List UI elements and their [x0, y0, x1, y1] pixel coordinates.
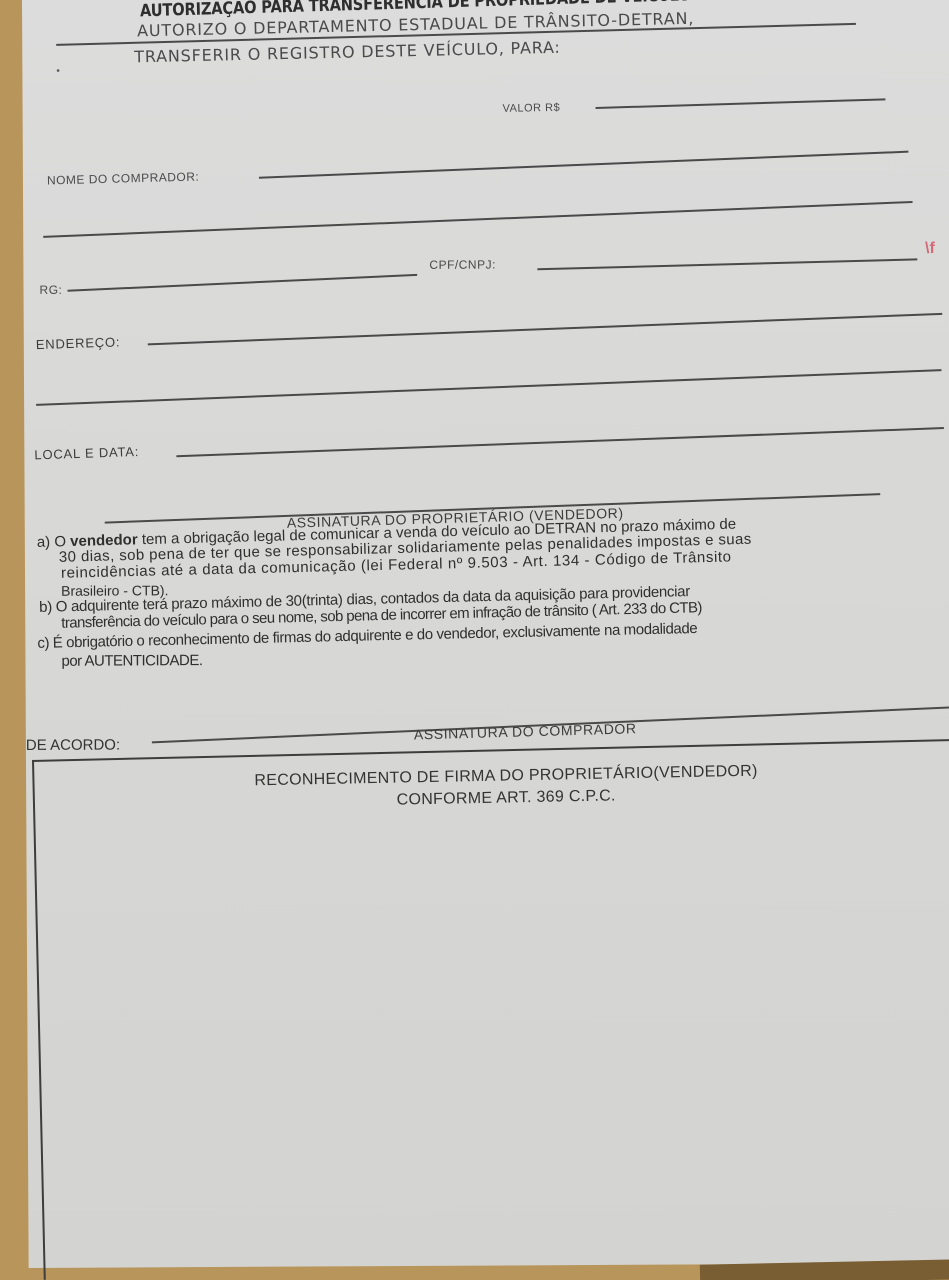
endereco-label: ENDEREÇO:: [36, 334, 121, 352]
notary-recognition-box: [32, 738, 949, 1280]
nome-comprador-input-line-2[interactable]: [43, 201, 912, 238]
rg-input-line[interactable]: [67, 274, 417, 292]
endereco-input-line[interactable]: [148, 313, 942, 346]
endereco-input-line-2[interactable]: [36, 369, 941, 406]
valor-label: VALOR R$: [502, 102, 560, 115]
nome-comprador-label: NOME DO COMPRADOR:: [47, 169, 200, 187]
local-data-label: LOCAL E DATA:: [34, 444, 139, 462]
local-data-input-line[interactable]: [176, 427, 944, 457]
rg-label: RG:: [39, 283, 62, 297]
buyer-signature-label: ASSINATURA DO COMPRADOR: [414, 720, 637, 742]
cpf-cnpj-input-line[interactable]: [537, 258, 917, 270]
valor-input-line[interactable]: [596, 98, 886, 108]
clause-c-line-2: por AUTENTICIDADE.: [61, 653, 202, 669]
cpf-cnpj-label: CPF/CNPJ:: [429, 258, 496, 272]
handwritten-red-mark: \f: [925, 240, 935, 258]
nome-comprador-input-line[interactable]: [259, 151, 909, 179]
de-acordo-label: DE ACORDO:: [26, 736, 120, 753]
atpv-form-paper: AUTORIZAÇÃO PARA TRANSFERÊNCIA DE PROPRI…: [22, 0, 949, 1268]
bullet-mark: •: [56, 66, 60, 77]
